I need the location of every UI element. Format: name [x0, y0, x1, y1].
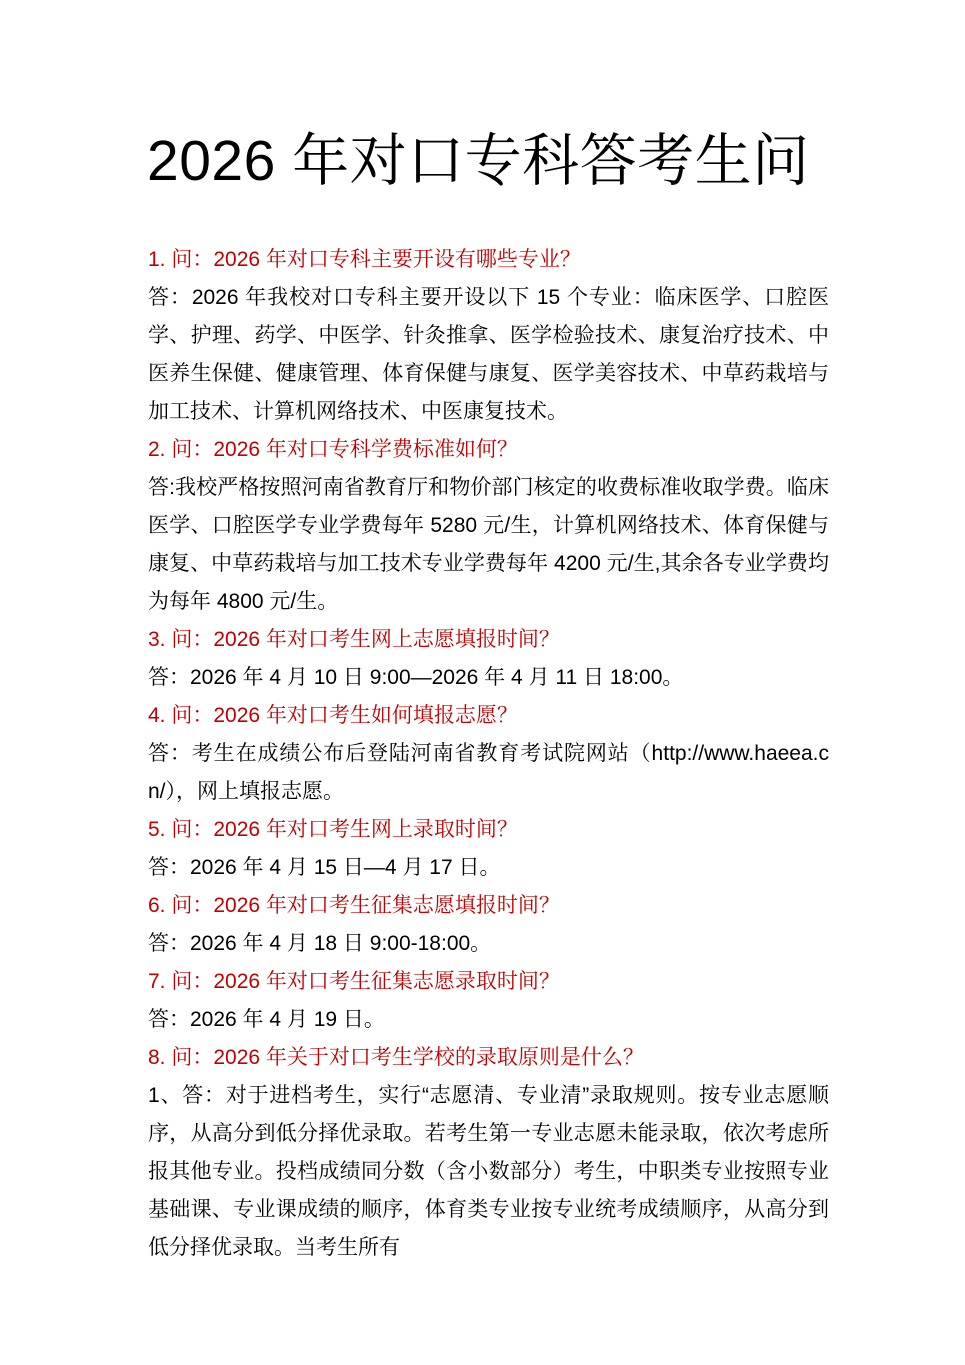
question-4: 4. 问：2026 年对口考生如何填报志愿？ [148, 697, 829, 735]
document-page: 2026 年对口专科答考生问 1. 问：2026 年对口专科主要开设有哪些专业？… [0, 0, 965, 1365]
question-1: 1. 问：2026 年对口专科主要开设有哪些专业？ [148, 241, 829, 279]
answer-3: 答：2026 年 4 月 10 日 9:00—2026 年 4 月 11 日 1… [148, 659, 829, 697]
answer-2: 答:我校严格按照河南省教育厅和物价部门核定的收费标准收取学费。临床医学、口腔医学… [148, 469, 829, 621]
question-7: 7. 问：2026 年对口考生征集志愿录取时间？ [148, 963, 829, 1001]
answer-8: 1、答：对于进档考生，实行“志愿清、专业清”录取规则。按专业志愿顺序，从高分到低… [148, 1077, 829, 1267]
answer-7: 答：2026 年 4 月 19 日。 [148, 1001, 829, 1039]
question-6: 6. 问：2026 年对口考生征集志愿填报时间？ [148, 887, 829, 925]
page-title: 2026 年对口专科答考生问 [147, 126, 847, 197]
question-8: 8. 问：2026 年关于对口考生学校的录取原则是什么？ [148, 1039, 829, 1077]
question-5: 5. 问：2026 年对口考生网上录取时间？ [148, 811, 829, 849]
answer-6: 答：2026 年 4 月 18 日 9:00-18:00。 [148, 925, 829, 963]
question-3: 3. 问：2026 年对口考生网上志愿填报时间？ [148, 621, 829, 659]
qa-list: 1. 问：2026 年对口专科主要开设有哪些专业？ 答：2026 年我校对口专科… [148, 241, 829, 1267]
question-2: 2. 问：2026 年对口专科学费标准如何？ [148, 431, 829, 469]
answer-4: 答：考生在成绩公布后登陆河南省教育考试院网站（http://www.haeea.… [148, 735, 829, 811]
answer-5: 答：2026 年 4 月 15 日—4 月 17 日。 [148, 849, 829, 887]
answer-1: 答：2026 年我校对口专科主要开设以下 15 个专业：临床医学、口腔医学、护理… [148, 279, 829, 431]
